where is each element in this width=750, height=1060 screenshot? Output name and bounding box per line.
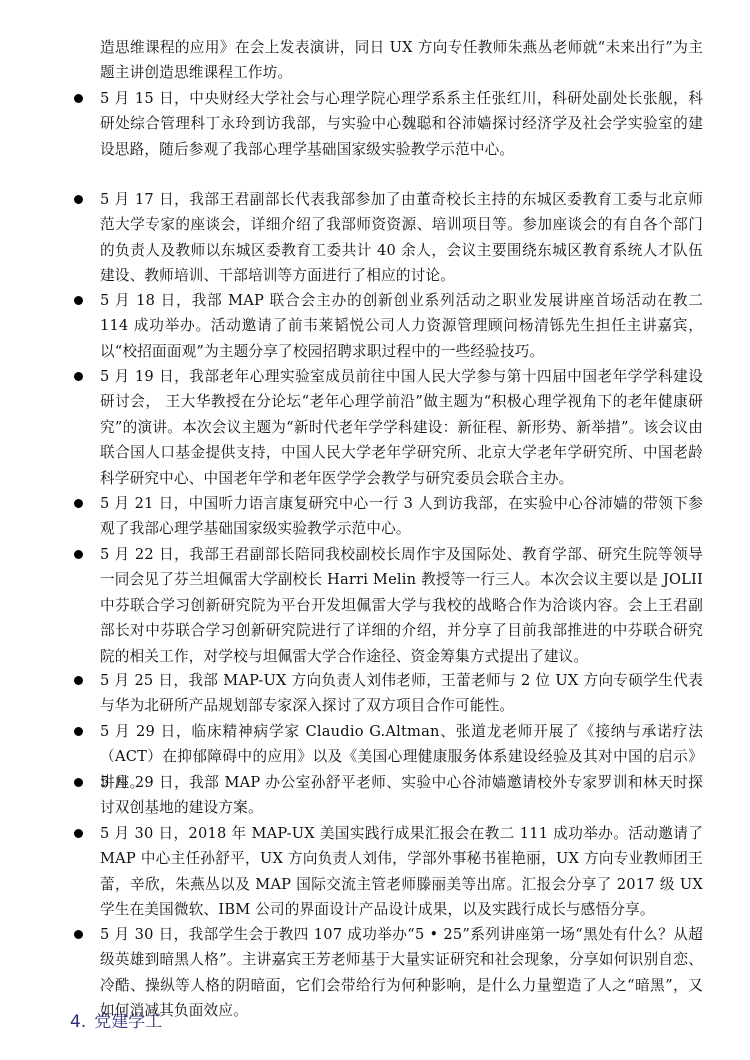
- list-item: 5 月 21 日，中国听力语言康复研究中心一行 3 人到访我部，在实验中心谷沛嫱…: [100, 491, 703, 542]
- bullet-icon: [74, 94, 83, 103]
- bullet-icon: [74, 829, 83, 838]
- list-item: 5 月 17 日，我部王君副部长代表我部参加了由董奇校长主持的东城区委教育工委与…: [100, 187, 703, 289]
- bullet-icon: [74, 195, 83, 204]
- bullet-icon: [74, 778, 83, 787]
- list-item: 5 月 25 日，我部 MAP-UX 方向负责人刘伟老师，王蕾老师与 2 位 U…: [100, 668, 703, 719]
- bullet-icon: [74, 372, 83, 381]
- list-item: 5 月 30 日，我部学生会于教四 107 成功举办“5 • 25”系列讲座第一…: [100, 922, 703, 1024]
- bullet-icon: [74, 727, 83, 736]
- bullet-icon: [74, 930, 83, 939]
- document-page: 造思维课程的应用》在会上发表演讲，同日 UX 方向专任教师朱燕丛老师就“未来出行…: [0, 0, 750, 1060]
- list-item: 5 月 22 日，我部王君副部长陪同我校副校长周作宇及国际处、教育学部、研究生院…: [100, 542, 703, 669]
- bullet-icon: [74, 499, 83, 508]
- continuation-paragraph: 造思维课程的应用》在会上发表演讲，同日 UX 方向专任教师朱燕丛老师就“未来出行…: [100, 35, 703, 86]
- list-item: 5 月 30 日，2018 年 MAP-UX 美国实践行成果汇报会在教二 111…: [100, 821, 703, 923]
- section-number: 4.: [70, 1012, 86, 1032]
- bullet-icon: [74, 550, 83, 559]
- section-heading: 4.党建学工: [70, 1007, 162, 1032]
- list-item: 5 月 29 日，我部 MAP 办公室孙舒平老师、实验中心谷沛嫱邀请校外专家罗训…: [100, 770, 703, 821]
- bullet-icon: [74, 676, 83, 685]
- section-title: 党建学工: [94, 1012, 162, 1032]
- bullet-icon: [74, 296, 83, 305]
- list-item: 5 月 19 日，我部老年心理实验室成员前往中国人民大学参与第十四届中国老年学学…: [100, 364, 703, 491]
- list-item: 5 月 18 日，我部 MAP 联合会主办的创新创业系列活动之职业发展讲座首场活…: [100, 288, 703, 364]
- list-item: 5 月 15 日，中央财经大学社会与心理学院心理学系系主任张红川，科研处副处长张…: [100, 86, 703, 162]
